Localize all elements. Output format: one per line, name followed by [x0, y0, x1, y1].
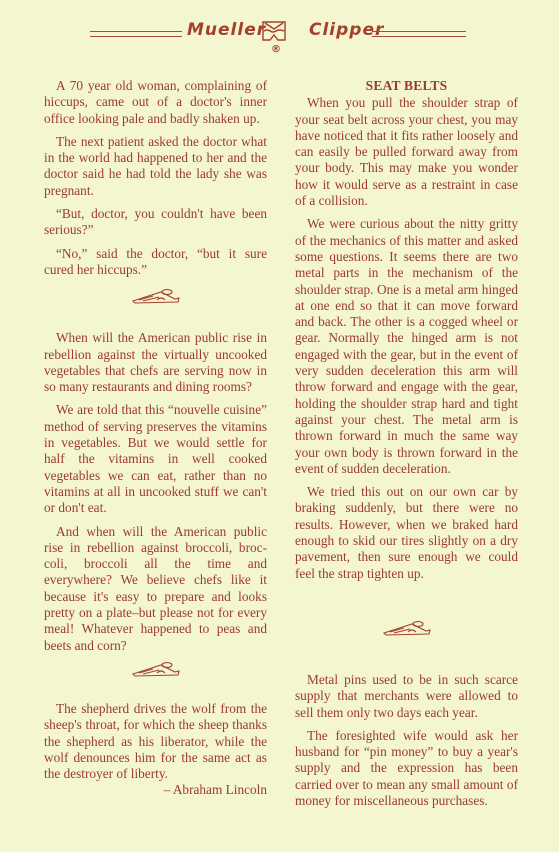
quote-text: The shepherd drives the wolf from the sh… [44, 701, 267, 782]
hiccups-story: A 70 year old woman, complaining of hicc… [44, 78, 267, 278]
vegetables-story: When will the American public rise in re… [44, 330, 267, 654]
brand-name-mueller: Mueller [187, 20, 266, 40]
paragraph: When will the American public rise in re… [44, 330, 267, 395]
paragraph: The foresighted wife would ask her husba… [295, 728, 518, 809]
paragraph: We were curious about the nitty gritty o… [295, 216, 518, 477]
masthead-rule-left [90, 31, 182, 37]
paragraph: We tried this out on our own car by brak… [295, 484, 518, 582]
seat-belts-heading: SEAT BELTS [295, 78, 518, 94]
seat-belts-story: When you pull the shoulder strap of your… [295, 95, 518, 582]
nail-clipper-icon [131, 661, 181, 677]
left-column: A 70 year old woman, complaining of hicc… [44, 78, 267, 806]
registered-mark: ® [271, 44, 281, 55]
brand-name-clipper: Clipper [309, 20, 384, 40]
masthead: Mueller Clipper ® [0, 18, 559, 68]
mueller-m-logo-icon [262, 21, 286, 41]
paragraph: The next patient asked the doctor what i… [44, 134, 267, 199]
paragraph: And when will the American public rise i… [44, 524, 267, 654]
paragraph: “But, doctor, you couldn't have been ser… [44, 206, 267, 239]
paragraph: A 70 year old woman, complaining of hicc… [44, 78, 267, 127]
masthead-rule-right [372, 31, 466, 37]
paragraph: When you pull the shoulder strap of your… [295, 95, 518, 209]
paragraph: We are told that this “nouvelle cuisine”… [44, 402, 267, 516]
lincoln-quote: The shepherd drives the wolf from the sh… [44, 701, 267, 799]
right-column: SEAT BELTS When you pull the shoulder st… [295, 78, 518, 816]
nail-clipper-icon [382, 620, 432, 636]
quote-attribution: – Abraham Lincoln [44, 782, 267, 798]
nail-clipper-icon [131, 288, 181, 304]
paragraph: “No,” said the doctor, “but it sure cure… [44, 246, 267, 279]
paragraph: Metal pins used to be in such scarce sup… [295, 672, 518, 721]
pin-money-story: Metal pins used to be in such scarce sup… [295, 672, 518, 809]
